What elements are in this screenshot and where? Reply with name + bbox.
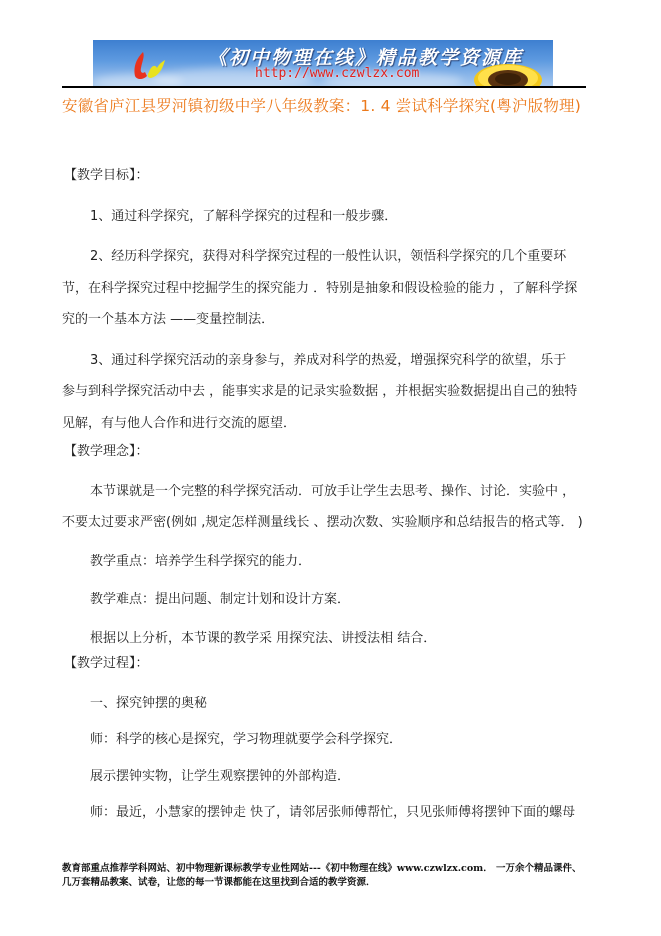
section-teaching-objectives: 【教学目标】： 1、通过科学探究，了解科学探究的过程和一般步骤． 2、经历科学探… [62, 160, 602, 439]
paragraph-line: 3、通过科学探究活动的亲身参与，养成对科学的热爱，增强探究科学的欲望，乐于 [62, 345, 602, 377]
section-heading: 【教学过程】： [62, 648, 602, 680]
paragraph-line: 师：科学的核心是探究，学习物理就要学会科学探究． [62, 724, 602, 756]
header-divider [62, 86, 586, 88]
paragraph-line: 本节课就是一个完整的科学探究活动．可放手让学生去思考、操作、讨论．实验中 ， [62, 476, 602, 508]
paragraph-line: 展示摆钟实物，让学生观察摆钟的外部构造． [62, 761, 602, 793]
paragraph-line: 2、经历科学探究，获得对科学探究过程的一般性认识，领悟科学探究的几个重要环 [62, 241, 602, 273]
section-heading: 【教学理念】： [62, 436, 602, 468]
footer-line: 几万套精品教案、试卷，让您的每一节课都能在这里找到合适的教学资源． [62, 876, 622, 890]
paragraph-line: 1、通过科学探究，了解科学探究的过程和一般步骤． [62, 201, 602, 233]
paragraph-line: 究的一个基本方法 ——变量控制法． [62, 304, 602, 336]
paragraph-line: 教学难点：提出问题、制定计划和设计方案． [62, 584, 602, 616]
paragraph-line: 节，在科学探究过程中挖掘学生的探究能力 ．特别是抽象和假设检验的能力 ，了解科学… [62, 273, 602, 305]
page-footer: 教育部重点推荐学科网站、初中物理新课标教学专业性网站---《初中物理在线》www… [62, 862, 622, 890]
banner-url-link[interactable]: http://www.czwlzx.com [255, 66, 419, 81]
site-banner[interactable]: 《初中物理在线》精品教学资源库 http://www.czwlzx.com [93, 40, 553, 86]
paragraph-line: 教学重点：培养学生科学探究的能力． [62, 546, 602, 578]
paragraph-line: 见解，有与他人合作和进行交流的愿望． [62, 408, 602, 440]
paragraph-line: 师：最近，小慧家的摆钟走 快了，请邻居张师傅帮忙，只见张师傅将摆钟下面的螺母 [62, 797, 602, 829]
section-teaching-process: 【教学过程】： 一、探究钟摆的奥秘 师：科学的核心是探究，学习物理就要学会科学探… [62, 648, 602, 829]
czwlzx-logo-icon [127, 50, 167, 84]
paragraph-line: 参与到科学探究活动中去 ，能事实求是的记录实验数据 ，并根据实验数据提出自己的独… [62, 376, 602, 408]
paragraph-line: 不要太过要求严密(例如 ,规定怎样测量线长 、摆动次数、实验顺序和总结报告的格式… [62, 507, 602, 539]
section-heading: 【教学目标】： [62, 160, 602, 192]
document-title: 安徽省庐江县罗河镇初级中学八年级教案：1. 4 尝试科学探究(粤沪版物理) [62, 94, 602, 116]
section-teaching-philosophy: 【教学理念】： 本节课就是一个完整的科学探究活动．可放手让学生去思考、操作、讨论… [62, 436, 602, 654]
sunflower-icon [473, 58, 543, 86]
paragraph-line: 一、探究钟摆的奥秘 [62, 688, 602, 720]
footer-line: 教育部重点推荐学科网站、初中物理新课标教学专业性网站---《初中物理在线》www… [62, 862, 622, 876]
